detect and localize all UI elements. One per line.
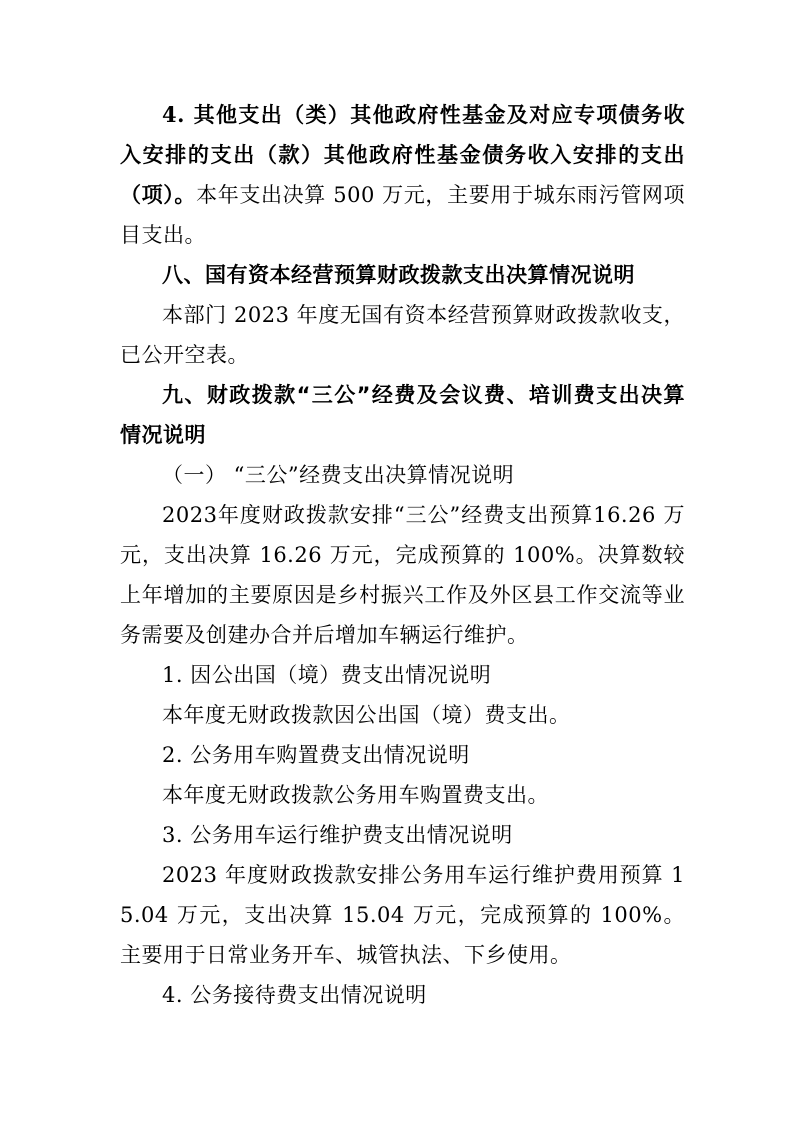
para-clause-4-other-expenditure: 4. 其他支出（类）其他政府性基金及对应专项债务收入安排的支出（款）其他政府性基… — [120, 95, 685, 255]
para-item-3-heading-vehicle-maintenance: 3. 公务用车运行维护费支出情况说明 — [120, 815, 685, 855]
para-item-1-heading-overseas-travel: 1. 因公出国（境）费支出情况说明 — [120, 655, 685, 695]
text-run: 2023年度财政拨款安排“三公”经费支出预算16.26 万元，支出决算 16.2… — [120, 503, 685, 647]
text-run: 2023 年度财政拨款安排公务用车运行维护费用预算 15.04 万元，支出决算 … — [120, 863, 685, 967]
document-content: 4. 其他支出（类）其他政府性基金及对应专项债务收入安排的支出（款）其他政府性基… — [120, 95, 685, 1015]
text-run: 八、国有资本经营预算财政拨款支出决算情况说明 — [162, 263, 635, 287]
para-section-8-body: 本部门 2023 年度无国有资本经营预算财政拨款收支，已公开空表。 — [120, 295, 685, 375]
heading-section-9-three-public-funds: 九、财政拨款“三公”经费及会议费、培训费支出决算情况说明 — [120, 375, 685, 455]
text-run: 本年支出决算 500 万元，主要用于城东雨污管网项目支出。 — [120, 183, 685, 247]
text-run: 本年度无财政拨款因公出国（境）费支出。 — [162, 703, 571, 727]
heading-section-8-state-capital: 八、国有资本经营预算财政拨款支出决算情况说明 — [120, 255, 685, 295]
para-three-public-summary: 2023年度财政拨款安排“三公”经费支出预算16.26 万元，支出决算 16.2… — [120, 495, 685, 655]
text-run: 2. 公务用车购置费支出情况说明 — [162, 743, 470, 767]
para-item-2-heading-vehicle-purchase: 2. 公务用车购置费支出情况说明 — [120, 735, 685, 775]
document-page: 4. 其他支出（类）其他政府性基金及对应专项债务收入安排的支出（款）其他政府性基… — [0, 0, 793, 1122]
text-run: 本年度无财政拨款公务用车购置费支出。 — [162, 783, 549, 807]
para-item-1-body: 本年度无财政拨款因公出国（境）费支出。 — [120, 695, 685, 735]
text-run: 1. 因公出国（境）费支出情况说明 — [162, 663, 491, 687]
document-screenshot: { "page": { "background_color": "#ffffff… — [0, 0, 793, 1122]
text-run: 4. 公务接待费支出情况说明 — [162, 983, 427, 1007]
text-run: 3. 公务用车运行维护费支出情况说明 — [162, 823, 513, 847]
para-item-2-body: 本年度无财政拨款公务用车购置费支出。 — [120, 775, 685, 815]
para-subheading-1-three-public: （一） “三公”经费支出决算情况说明 — [120, 455, 685, 495]
text-run: 本部门 2023 年度无国有资本经营预算财政拨款收支，已公开空表。 — [120, 303, 685, 367]
text-run: 九、财政拨款“三公”经费及会议费、培训费支出决算情况说明 — [120, 383, 685, 447]
text-run: （一） “三公”经费支出决算情况说明 — [162, 463, 514, 487]
para-item-3-body: 2023 年度财政拨款安排公务用车运行维护费用预算 15.04 万元，支出决算 … — [120, 855, 685, 975]
para-item-4-heading-official-reception: 4. 公务接待费支出情况说明 — [120, 975, 685, 1015]
